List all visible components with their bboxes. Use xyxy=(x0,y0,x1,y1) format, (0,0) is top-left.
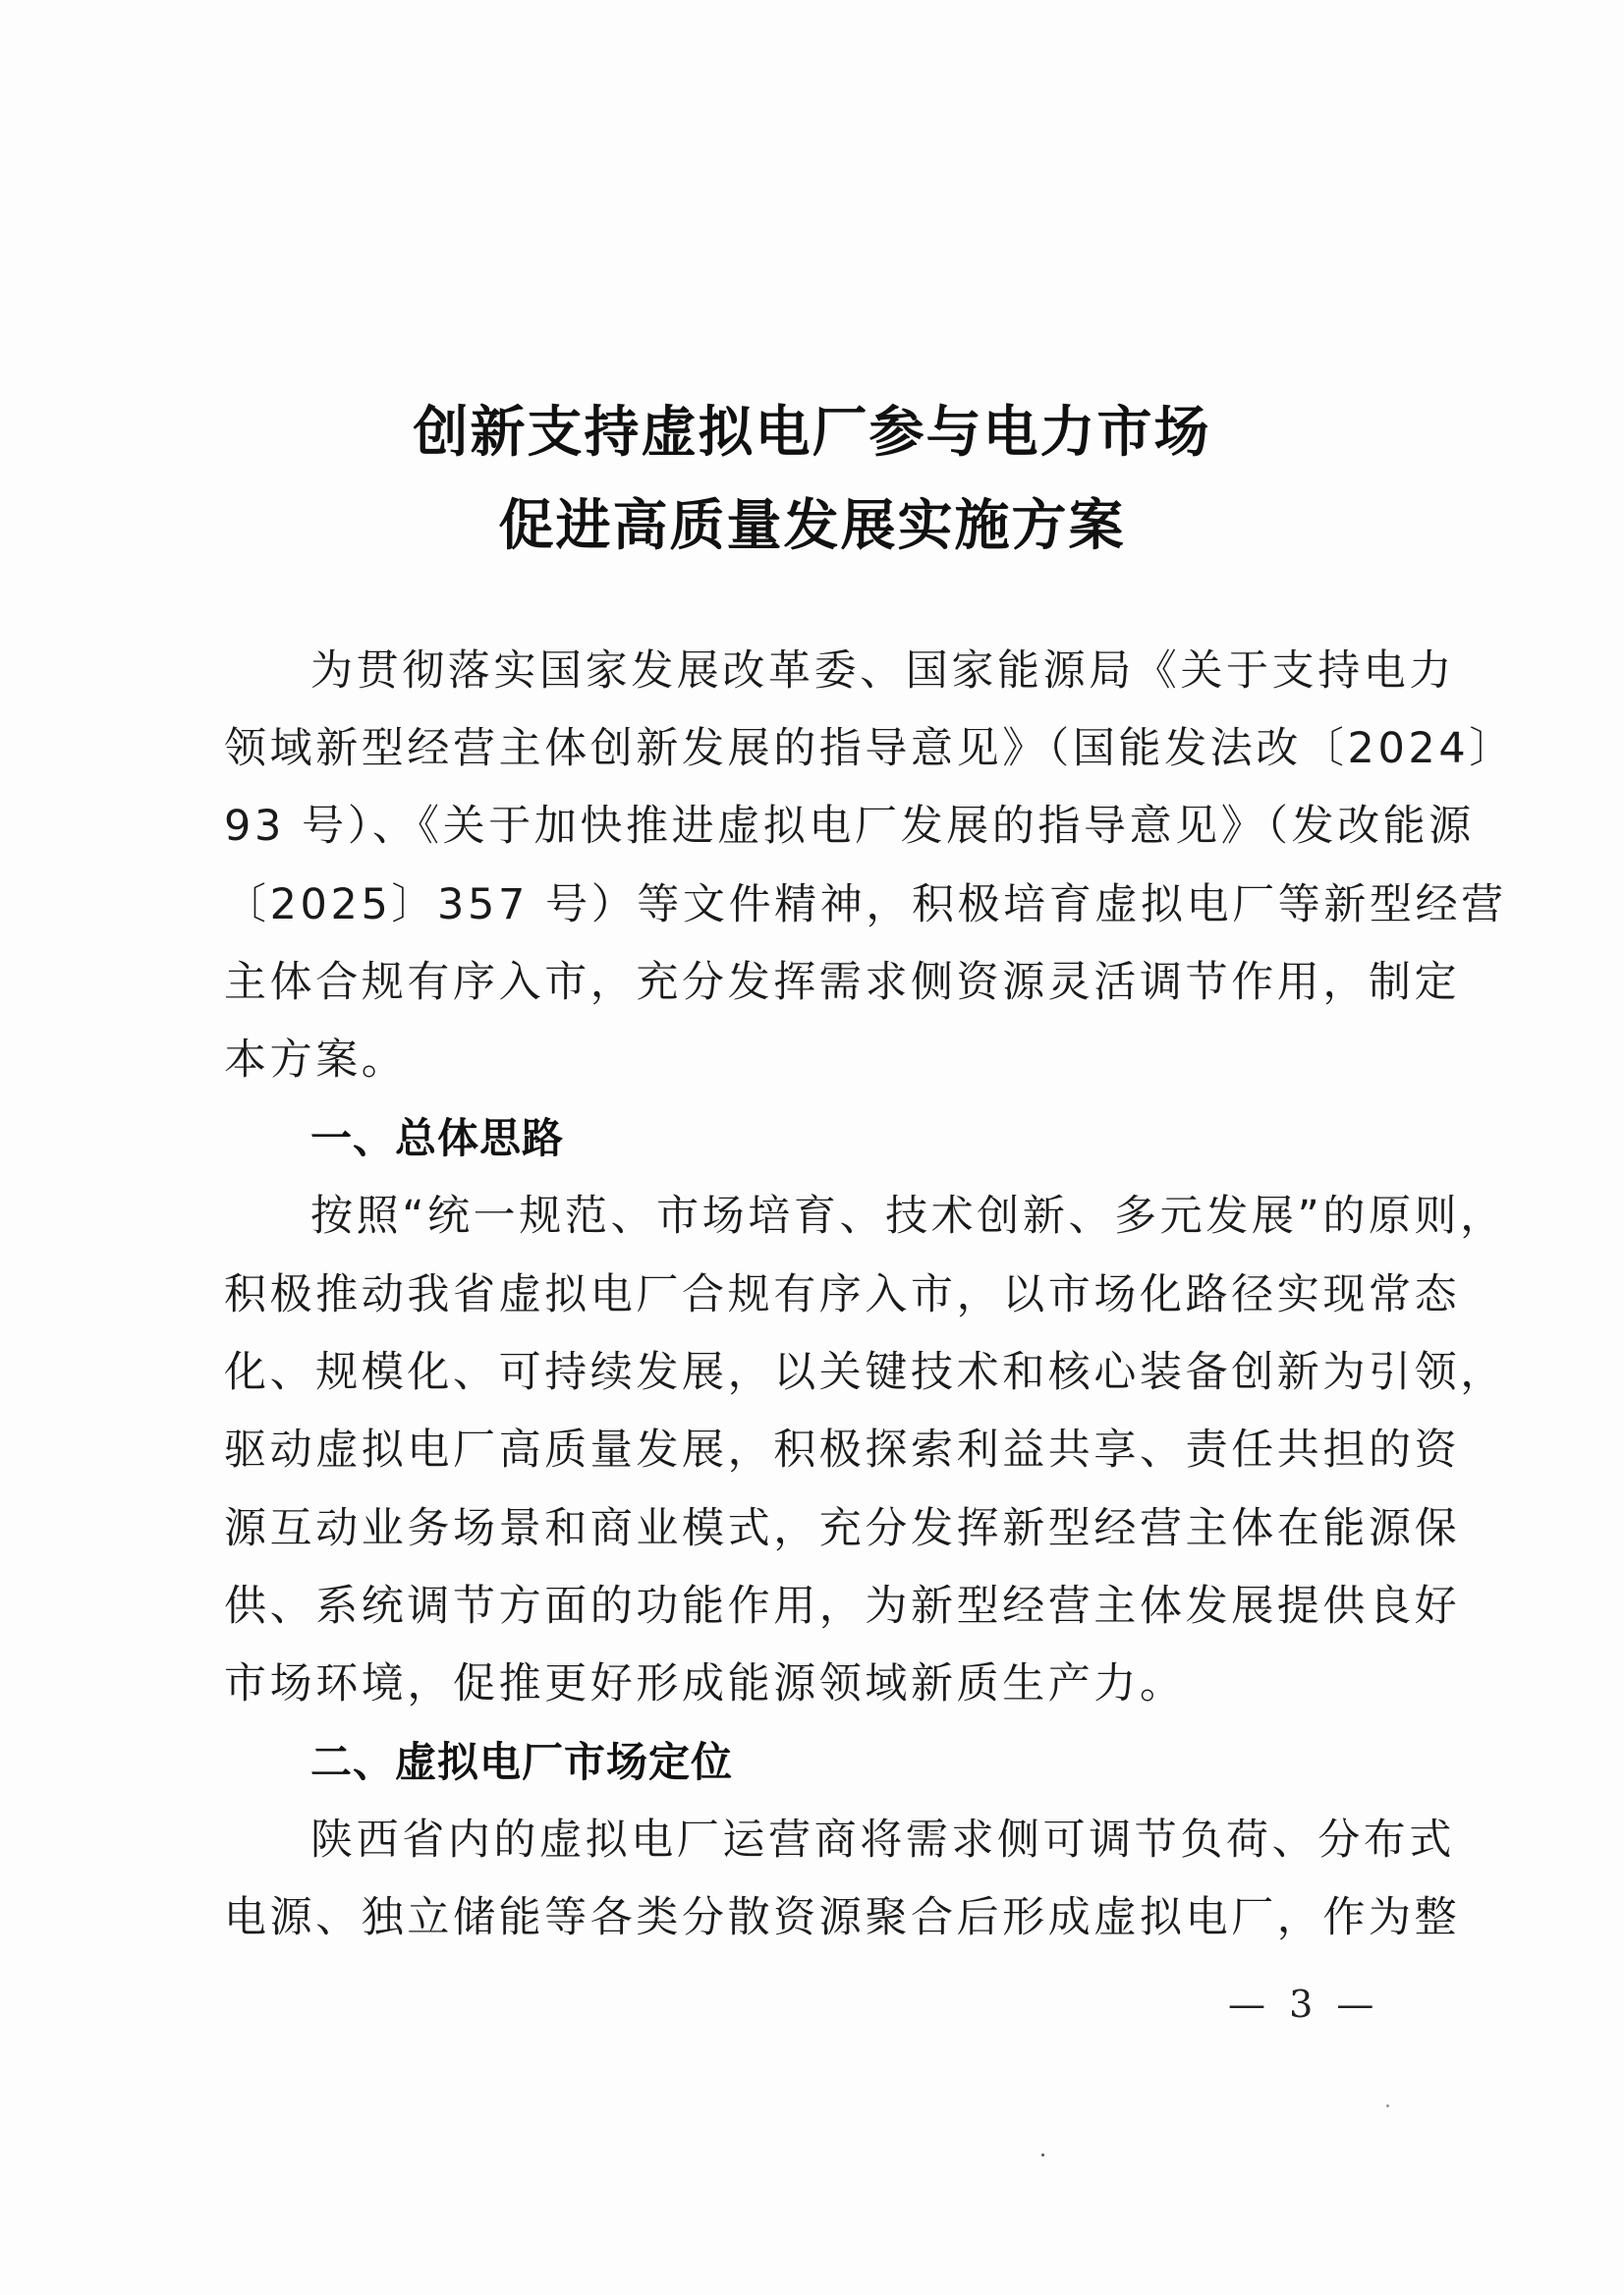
section-heading-overall-approach: 一、总体思路 xyxy=(310,1111,564,1166)
page-number: — 3 — xyxy=(1228,1983,1379,2026)
scan-artifact xyxy=(1386,2104,1389,2107)
section-1-line: 化、规模化、可持续发展，以关键技术和核心装备创新为引领， xyxy=(224,1345,1403,1400)
section-1-line: 积极推动我省虚拟电厂合规有序入市，以市场化路径实现常态 xyxy=(224,1267,1403,1322)
document-title-line-1: 创新支持虚拟电厂参与电力市场 xyxy=(0,398,1624,467)
section-1-line: 市场环境，促推更好形成能源领域新质生产力。 xyxy=(224,1656,1403,1711)
section-heading-market-positioning: 二、虚拟电厂市场定位 xyxy=(310,1735,733,1790)
section-1-line: 供、系统调节方面的功能作用，为新型经营主体发展提供良好 xyxy=(224,1579,1403,1634)
scan-artifact xyxy=(1041,2154,1044,2156)
intro-paragraph-line: 为贯彻落实国家发展改革委、国家能源局《关于支持电力 xyxy=(310,644,1489,699)
section-2-line: 电源、独立储能等各类分散资源聚合后形成虚拟电厂，作为整 xyxy=(224,1890,1403,1945)
intro-paragraph-line: 〔2025〕357 号）等文件精神，积极培育虚拟电厂等新型经营 xyxy=(224,877,1403,932)
intro-paragraph-line: 本方案。 xyxy=(224,1033,1403,1088)
section-1-line: 源互动业务场景和商业模式，充分发挥新型经营主体在能源保 xyxy=(224,1501,1403,1556)
intro-paragraph-line: 主体合规有序入市，充分发挥需求侧资源灵活调节作用，制定 xyxy=(224,955,1403,1010)
intro-paragraph-line: 93 号）、《关于加快推进虚拟电厂发展的指导意见》（发改能源 xyxy=(224,799,1403,854)
section-1-line: 按照“统一规范、市场培育、技术创新、多元发展”的原则， xyxy=(310,1189,1489,1244)
section-1-line: 驱动虚拟电厂高质量发展，积极探索利益共享、责任共担的资 xyxy=(224,1423,1403,1478)
intro-paragraph-line: 领域新型经营主体创新发展的指导意见》（国能发法改〔2024〕 xyxy=(224,721,1403,776)
section-2-line: 陕西省内的虚拟电厂运营商将需求侧可调节负荷、分布式 xyxy=(310,1813,1489,1868)
document-page: 创新支持虚拟电厂参与电力市场 促进高质量发展实施方案 为贯彻落实国家发展改革委、… xyxy=(0,0,1624,2295)
document-title-line-2: 促进高质量发展实施方案 xyxy=(0,491,1624,560)
